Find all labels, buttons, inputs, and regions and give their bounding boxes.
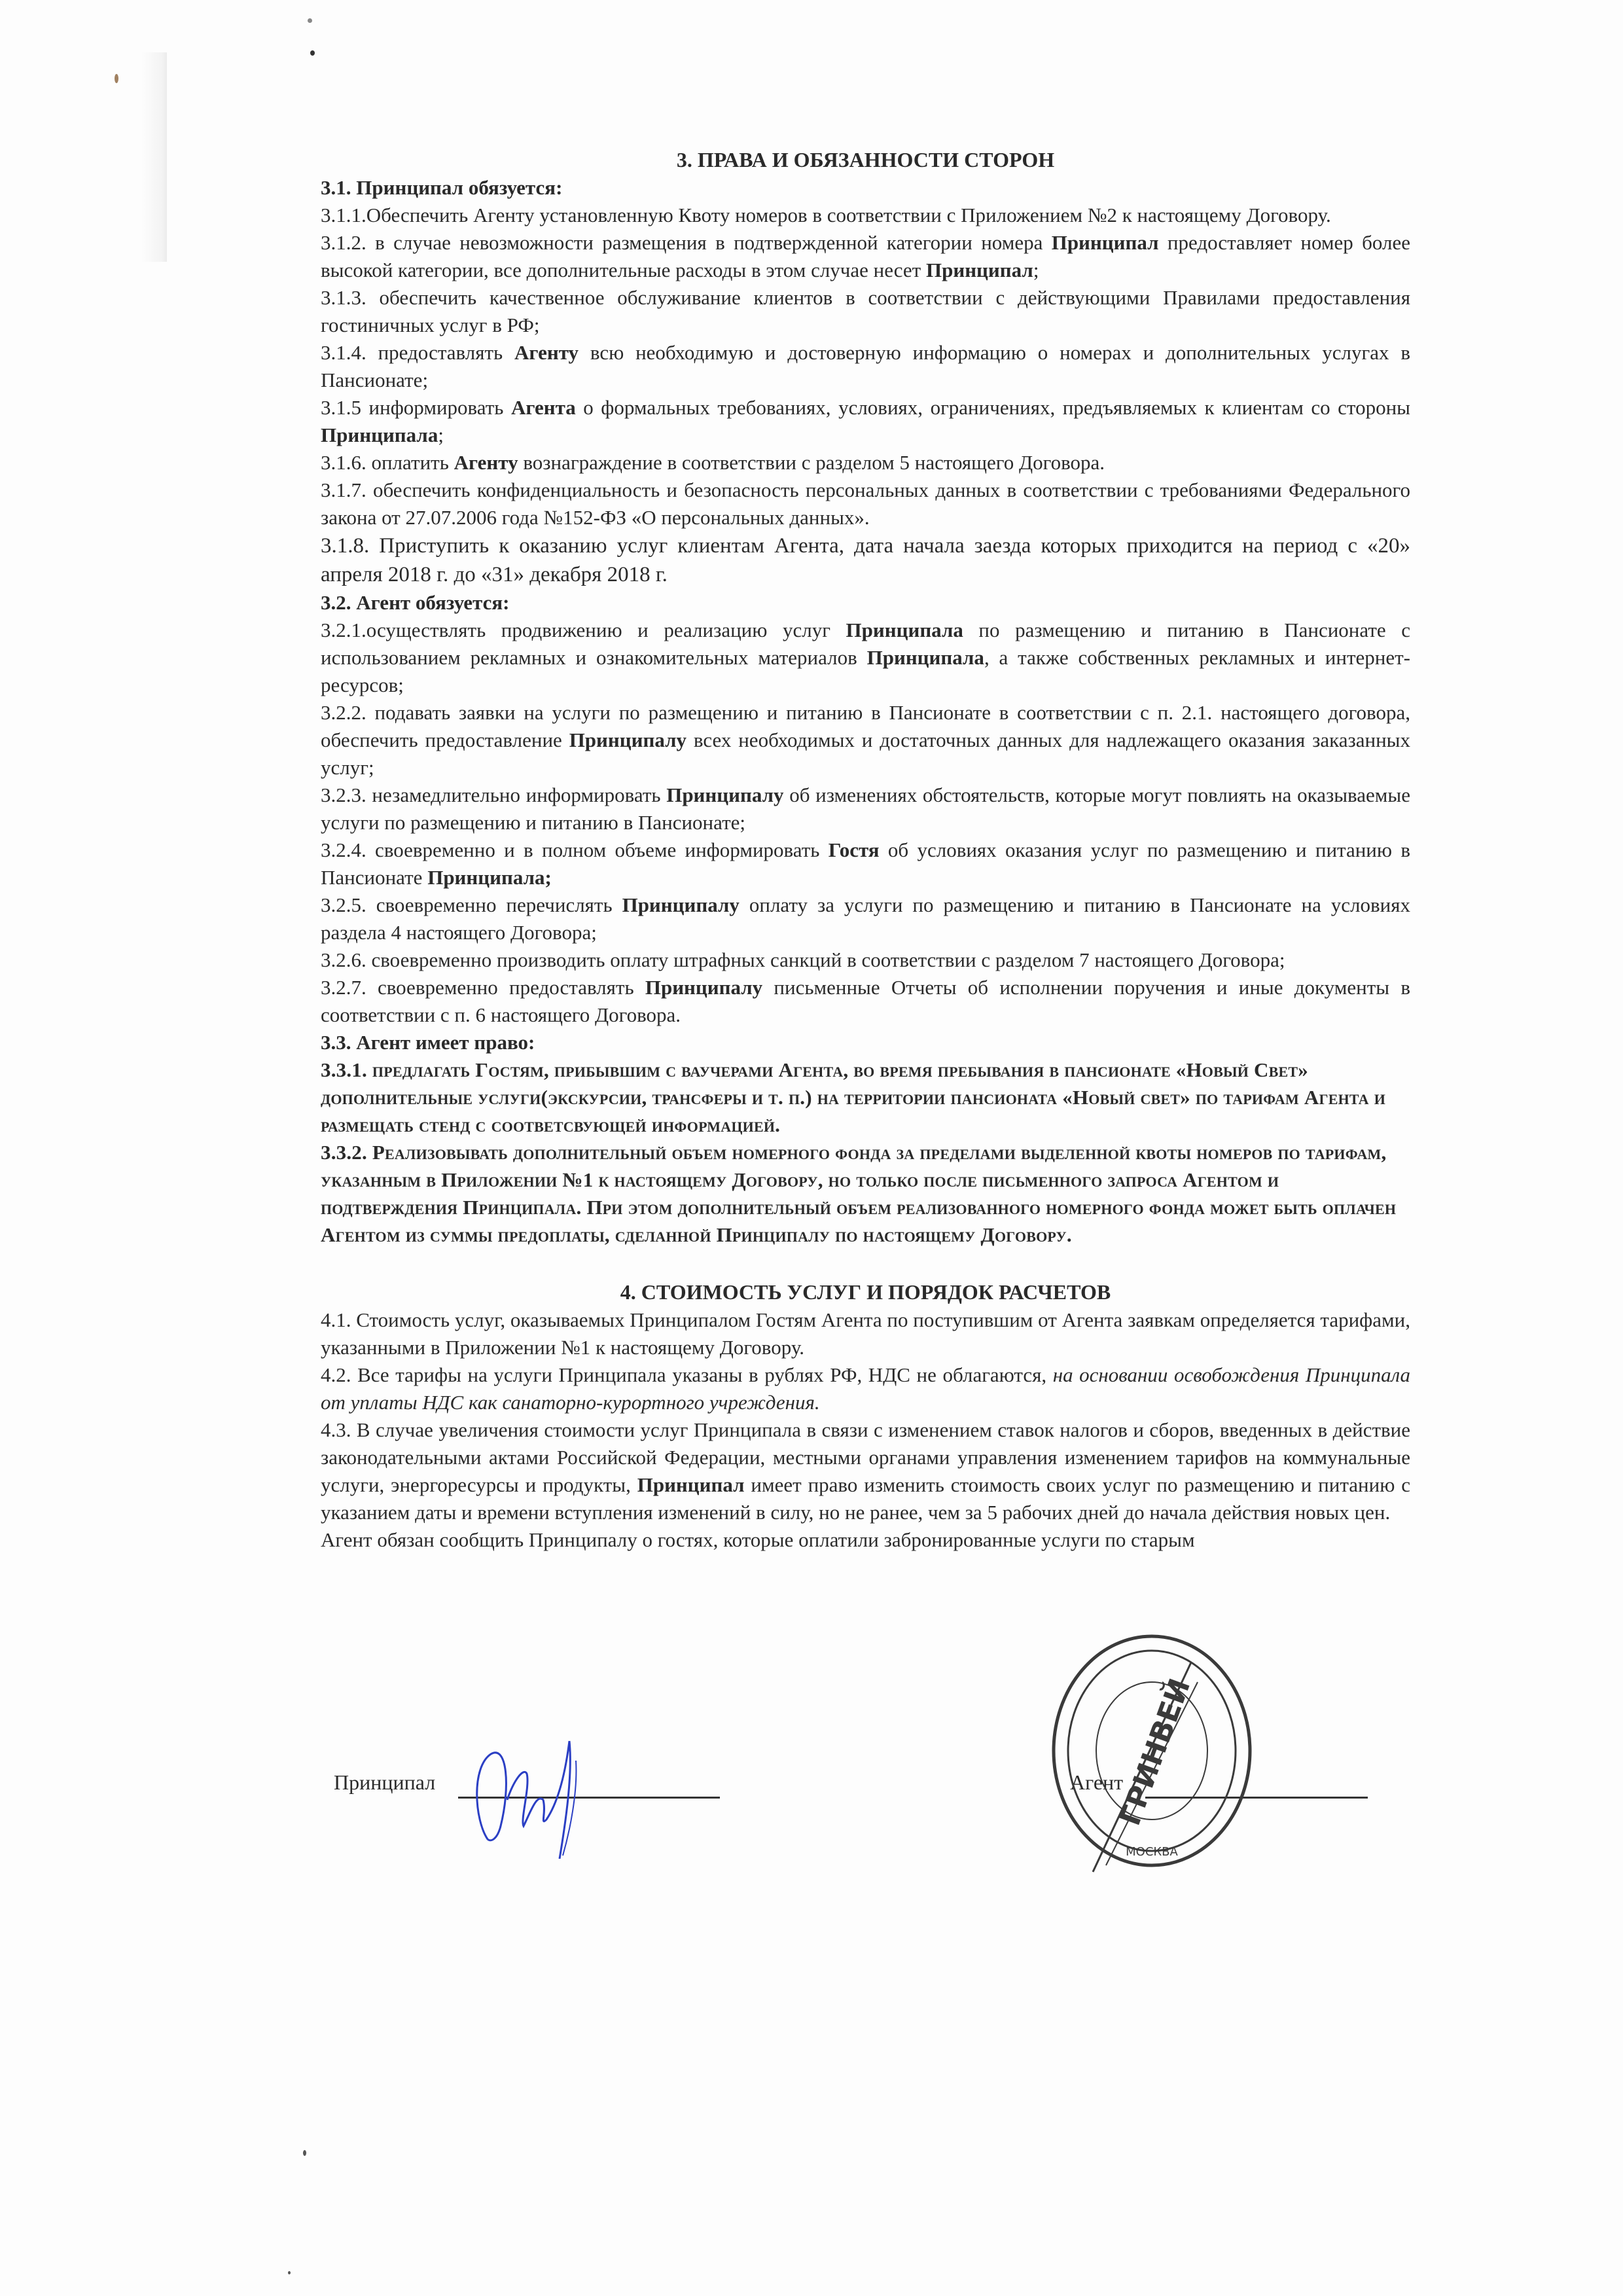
text: 3.2.1.осуществлять продвижению и реализа… bbox=[321, 619, 846, 641]
clause-3-2-3: 3.2.3. незамедлительно информировать При… bbox=[321, 781, 1410, 836]
section-3-2-heading: 3.2. Агент обязуется: bbox=[321, 589, 1410, 617]
bold-term: Принципалу bbox=[666, 783, 783, 806]
clause-3-2-1: 3.2.1.осуществлять продвижению и реализа… bbox=[321, 617, 1410, 699]
section-3-1-heading: 3.1. Принципал обязуется: bbox=[321, 174, 1410, 202]
bold-term: Принципал bbox=[637, 1473, 745, 1496]
clause-3-1-5: 3.1.5 информировать Агента о формальных … bbox=[321, 394, 1410, 449]
clause-3-1-4: 3.1.4. предоставлять Агенту всю необходи… bbox=[321, 339, 1410, 394]
scan-shadow bbox=[141, 52, 167, 262]
clause-4-2: 4.2. Все тарифы на услуги Принципала ука… bbox=[321, 1361, 1410, 1416]
bold-term: Принципалу bbox=[569, 728, 687, 751]
handwritten-signature-icon bbox=[461, 1728, 612, 1859]
bold-term: Принципала; bbox=[427, 866, 552, 889]
text: 3.2.5. своевременно перечислять bbox=[321, 893, 622, 916]
clause-3-3-2: 3.3.2. Реализовывать дополнительный объе… bbox=[321, 1139, 1410, 1249]
clause-3-2-5: 3.2.5. своевременно перечислять Принципа… bbox=[321, 891, 1410, 946]
clause-3-1-2: 3.1.2. в случае невозможности размещения… bbox=[321, 229, 1410, 284]
stamp-city: МОСКВА bbox=[1126, 1845, 1178, 1859]
text: 3.1.2. в случае невозможности размещения… bbox=[321, 231, 1052, 254]
clause-4-1: 4.1. Стоимость услуг, оказываемых Принци… bbox=[321, 1306, 1410, 1361]
text: 3.1.5 информировать bbox=[321, 396, 511, 419]
principal-label: Принципал bbox=[334, 1770, 435, 1795]
company-stamp-icon: ГРИНВЕЙ МОСКВА bbox=[1041, 1623, 1263, 1878]
bold-term: Принципалу bbox=[645, 976, 762, 999]
scan-speck bbox=[308, 18, 312, 23]
bold-term: Принципал bbox=[1052, 231, 1159, 254]
bold-term: Агента bbox=[511, 396, 576, 419]
clause-3-1-1: 3.1.1.Обеспечить Агенту установленную Кв… bbox=[321, 202, 1410, 229]
scan-speck bbox=[310, 50, 315, 56]
document-body: 3. ПРАВА И ОБЯЗАННОСТИ СТОРОН 3.1. Принц… bbox=[321, 145, 1410, 1554]
text: 3.1.6. оплатить bbox=[321, 451, 454, 474]
bold-term: Агенту bbox=[454, 451, 518, 474]
text: 3.1.4. предоставлять bbox=[321, 341, 514, 364]
scan-speck bbox=[288, 2271, 291, 2274]
text: ; bbox=[438, 423, 444, 446]
bold-term: Гостя bbox=[829, 838, 880, 861]
clause-3-1-7: 3.1.7. обеспечить конфиденциальность и б… bbox=[321, 476, 1410, 531]
clause-3-2-2: 3.2.2. подавать заявки на услуги по разм… bbox=[321, 699, 1410, 781]
clause-4-4: Агент обязан сообщить Принципалу о гостя… bbox=[321, 1526, 1410, 1554]
bold-term: Принципалу bbox=[622, 893, 740, 916]
text: 3.2.3. незамедлительно информировать bbox=[321, 783, 666, 806]
document-page: 3. ПРАВА И ОБЯЗАННОСТИ СТОРОН 3.1. Принц… bbox=[0, 0, 1623, 2296]
clause-3-2-4: 3.2.4. своевременно и в полном объеме ин… bbox=[321, 836, 1410, 891]
text: 3.2.7. своевременно предоставлять bbox=[321, 976, 645, 999]
clause-3-2-6: 3.2.6. своевременно производить оплату ш… bbox=[321, 946, 1410, 974]
scan-speck bbox=[115, 74, 118, 83]
text: ; bbox=[1033, 259, 1039, 281]
bold-term: Принципала bbox=[321, 423, 438, 446]
section-3-title: 3. ПРАВА И ОБЯЗАННОСТИ СТОРОН bbox=[321, 145, 1410, 174]
bold-term: Принципал bbox=[926, 259, 1033, 281]
text: вознаграждение в соответствии с разделом… bbox=[518, 451, 1105, 474]
section-4-title: 4. СТОИМОСТЬ УСЛУГ И ПОРЯДОК РАСЧЕТОВ bbox=[321, 1278, 1410, 1306]
scan-speck bbox=[303, 2150, 306, 2156]
text: 4.2. Все тарифы на услуги Принципала ука… bbox=[321, 1363, 1053, 1386]
text: о формальных требованиях, условиях, огра… bbox=[576, 396, 1410, 419]
bold-term: Принципала bbox=[846, 619, 963, 641]
clause-3-1-3: 3.1.3. обеспечить качественное обслужива… bbox=[321, 284, 1410, 339]
clause-3-3-1: 3.3.1. предлагать Гостям, прибывшим с ва… bbox=[321, 1056, 1410, 1139]
clause-4-3: 4.3. В случае увеличения стоимости услуг… bbox=[321, 1416, 1410, 1526]
section-3-3-heading: 3.3. Агент имеет право: bbox=[321, 1029, 1410, 1056]
bold-term: Принципала bbox=[867, 646, 984, 669]
clause-3-1-6: 3.1.6. оплатить Агенту вознаграждение в … bbox=[321, 449, 1410, 476]
text: 3.2.4. своевременно и в полном объеме ин… bbox=[321, 838, 829, 861]
bold-term: Агенту bbox=[514, 341, 579, 364]
clause-3-2-7: 3.2.7. своевременно предоставлять Принци… bbox=[321, 974, 1410, 1029]
clause-3-1-8: 3.1.8. Приступить к оказанию услуг клиен… bbox=[321, 531, 1410, 589]
